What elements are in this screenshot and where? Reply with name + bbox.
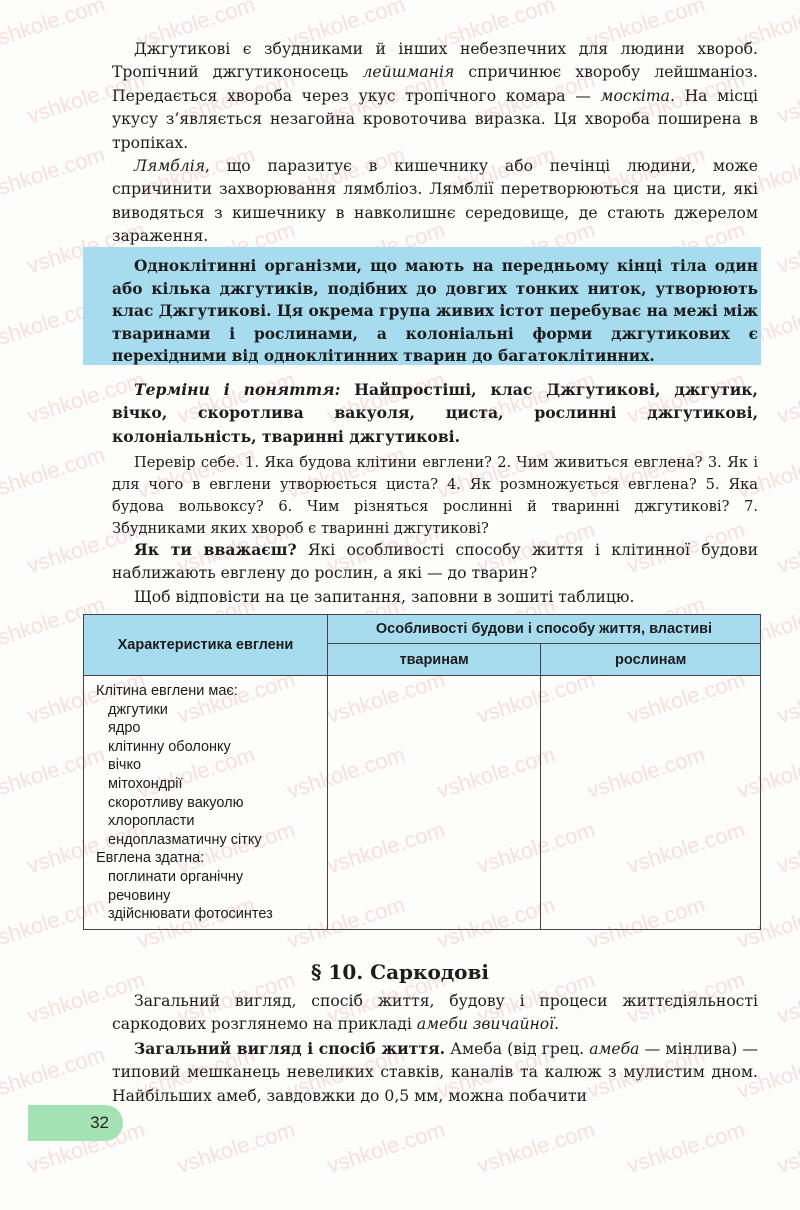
col-plants: рослинам (541, 644, 761, 676)
table-item: ендоплазматичну сітку (96, 831, 317, 850)
intro-text: Джгутикові є збудниками й інших небезпеч… (112, 38, 758, 249)
plants-cell (541, 676, 761, 930)
table-group-label: Клітина евглени має: (96, 682, 317, 701)
check-yourself-questions: Перевір себе. 1. Яка будова клітини евгл… (112, 452, 758, 540)
think-instruction: Щоб відповісти на це запитання, заповни … (112, 586, 758, 609)
col-features-group: Особливості будови і способу життя, влас… (328, 615, 761, 644)
watermark-text: vshkole.com (774, 517, 800, 580)
section-paragraph: Загальний вигляд і спосіб життя. Амеба (… (112, 1037, 758, 1108)
watermark-text: vshkole.com (774, 67, 800, 130)
think-section: Як ти вважаєш? Які особливості способу ж… (112, 538, 758, 609)
table-item: скоротливу вакуолю (96, 794, 317, 813)
watermark-text: vshkole.com (774, 367, 800, 430)
watermark-text: vshkole.com (0, 1042, 109, 1105)
table-item: ядро (96, 719, 317, 738)
watermark-text: vshkole.com (0, 442, 109, 505)
watermark-text: vshkole.com (774, 667, 800, 730)
table-item: поглинати органічну (96, 868, 317, 887)
watermark-text: vshkole.com (474, 1117, 598, 1180)
table-item: клітинну оболонку (96, 738, 317, 757)
paragraph-lamblia: Лямблія, що паразитує в кишечнику або пе… (112, 155, 758, 249)
section-body: Загальний вигляд, спосіб життя, будову і… (112, 990, 758, 1108)
section-title: § 10. Саркодові (0, 960, 800, 984)
table-item: речовину (96, 887, 317, 906)
watermark-text: vshkole.com (774, 217, 800, 280)
table-item: вічко (96, 756, 317, 775)
col-animals: тваринам (328, 644, 541, 676)
think-question: Як ти вважаєш? Які особливості способу ж… (112, 538, 758, 586)
terms-and-concepts: Терміни і поняття: Найпростіші, клас Джг… (112, 378, 758, 448)
watermark-text: vshkole.com (0, 0, 109, 54)
watermark-text: vshkole.com (324, 1117, 448, 1180)
col-characteristic: Характеристика евглени (84, 615, 328, 676)
watermark-text: vshkole.com (774, 1117, 800, 1180)
summary-box: Одноклітинні організми, що мають на пере… (83, 247, 761, 365)
euglena-table: Характеристика евглени Особливості будов… (83, 614, 761, 930)
watermark-text: vshkole.com (774, 817, 800, 880)
table-group-label: Евглена здатна: (96, 849, 317, 868)
watermark-text: vshkole.com (624, 1117, 748, 1180)
paragraph-leishmania: Джгутикові є збудниками й інших небезпеч… (112, 38, 758, 155)
animals-cell (328, 676, 541, 930)
table-item: хлоропласти (96, 812, 317, 831)
table-item: мітохондрії (96, 775, 317, 794)
table-item: здійснювати фотосинтез (96, 905, 317, 924)
page-number: 32 (28, 1105, 123, 1141)
watermark-text: vshkole.com (0, 142, 109, 205)
characteristics-cell: Клітина евглени має:джгутикиядроклітинну… (84, 676, 328, 930)
section-intro: Загальний вигляд, спосіб життя, будову і… (112, 990, 758, 1037)
summary-text: Одноклітинні організми, що мають на пере… (112, 255, 758, 368)
table-item: джгутики (96, 701, 317, 720)
watermark-text: vshkole.com (174, 1117, 298, 1180)
